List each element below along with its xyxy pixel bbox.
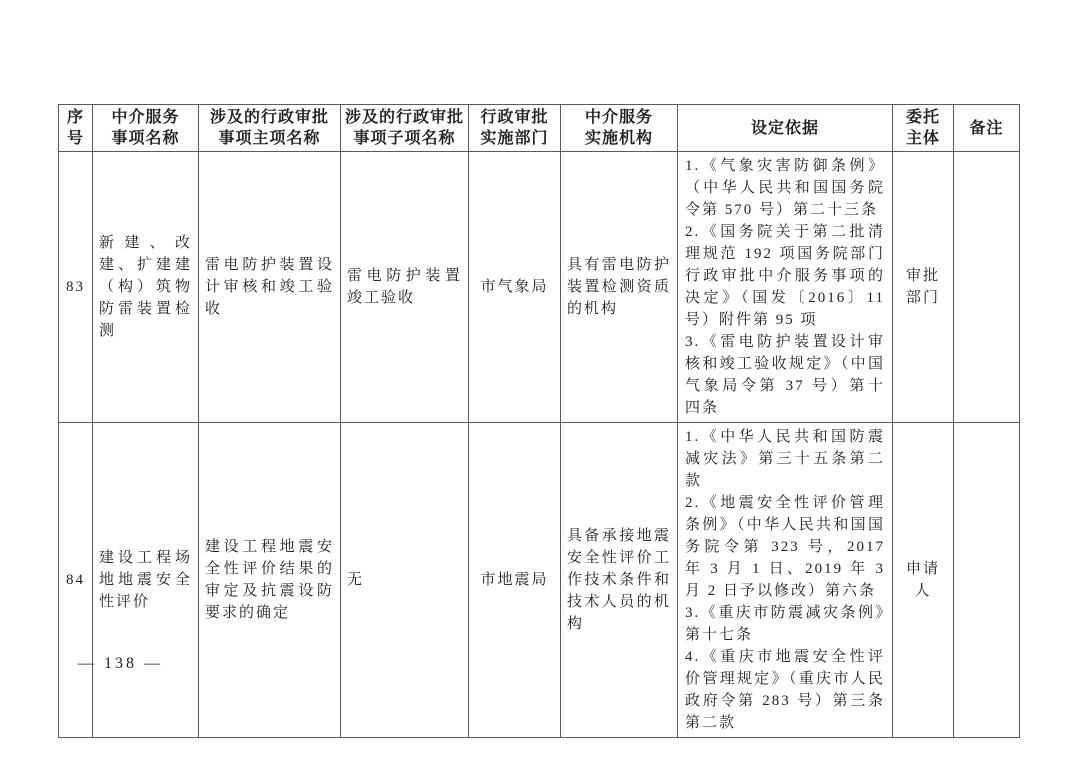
page-number: — 138 — — [78, 655, 163, 673]
cell-seq: 84 — [59, 423, 93, 738]
table-row: 83 新建、改建、扩建建（构）筑物防雷装置检测 雷电防护装置设计审核和竣工验收 … — [59, 152, 1020, 423]
cell-service-agency: 具有雷电防护装置检测资质的机构 — [561, 152, 678, 423]
document-page: 序 号 中介服务 事项名称 涉及的行政审批 事项主项名称 涉及的行政审批 事项子… — [0, 0, 1074, 757]
basis-item: 2.《地震安全性评价管理条例》（中华人民共和国国务院令第 323 号，2017 … — [685, 492, 885, 602]
col-header-sub-item: 涉及的行政审批 事项子项名称 — [341, 105, 469, 152]
basis-item: 1.《中华人民共和国防震减灾法》第三十五条第二款 — [685, 426, 885, 492]
cell-main-item: 雷电防护装置设计审核和竣工验收 — [199, 152, 341, 423]
col-header-service-name: 中介服务 事项名称 — [93, 105, 199, 152]
cell-sub-item: 无 — [341, 423, 469, 738]
cell-service-name: 建设工程场地地震安全性评价 — [93, 423, 199, 738]
cell-basis: 1.《气象灾害防御条例》（中华人民共和国国务院令第 570 号）第二十三条2.《… — [678, 152, 893, 423]
cell-service-agency: 具备承接地震安全性评价工作技术条件和技术人员的机构 — [561, 423, 678, 738]
cell-approval-dept: 市气象局 — [469, 152, 561, 423]
cell-remarks — [954, 423, 1020, 738]
cell-seq: 83 — [59, 152, 93, 423]
cell-entrusting-party: 申请人 — [893, 423, 954, 738]
cell-approval-dept: 市地震局 — [469, 423, 561, 738]
cell-basis: 1.《中华人民共和国防震减灾法》第三十五条第二款2.《地震安全性评价管理条例》（… — [678, 423, 893, 738]
col-header-seq: 序 号 — [59, 105, 93, 152]
col-header-remarks: 备注 — [954, 105, 1020, 152]
cell-entrusting-party: 审批部门 — [893, 152, 954, 423]
col-header-service-agency: 中介服务 实施机构 — [561, 105, 678, 152]
header-row: 序 号 中介服务 事项名称 涉及的行政审批 事项主项名称 涉及的行政审批 事项子… — [59, 105, 1020, 152]
cell-sub-item: 雷电防护装置竣工验收 — [341, 152, 469, 423]
basis-item: 3.《重庆市防震减灾条例》第十七条 — [685, 602, 885, 646]
basis-item: 2.《国务院关于第二批清理规范 192 项国务院部门行政审批中介服务事项的决定》… — [685, 221, 885, 331]
basis-item: 3.《雷电防护装置设计审核和竣工验收规定》（中国气象局令第 37 号）第十四条 — [685, 331, 885, 419]
basis-item: 1.《气象灾害防御条例》（中华人民共和国国务院令第 570 号）第二十三条 — [685, 155, 885, 221]
col-header-approval-dept: 行政审批 实施部门 — [469, 105, 561, 152]
intermediary-services-table: 序 号 中介服务 事项名称 涉及的行政审批 事项主项名称 涉及的行政审批 事项子… — [58, 104, 1020, 738]
col-header-basis: 设定依据 — [678, 105, 893, 152]
col-header-main-item: 涉及的行政审批 事项主项名称 — [199, 105, 341, 152]
cell-service-name: 新建、改建、扩建建（构）筑物防雷装置检测 — [93, 152, 199, 423]
col-header-entrusting-party: 委托 主体 — [893, 105, 954, 152]
table-row: 84 建设工程场地地震安全性评价 建设工程地震安全性评价结果的审定及抗震设防要求… — [59, 423, 1020, 738]
cell-main-item: 建设工程地震安全性评价结果的审定及抗震设防要求的确定 — [199, 423, 341, 738]
cell-remarks — [954, 152, 1020, 423]
basis-item: 4.《重庆市地震安全性评价管理规定》（重庆市人民政府令第 283 号）第三条第二… — [685, 646, 885, 734]
